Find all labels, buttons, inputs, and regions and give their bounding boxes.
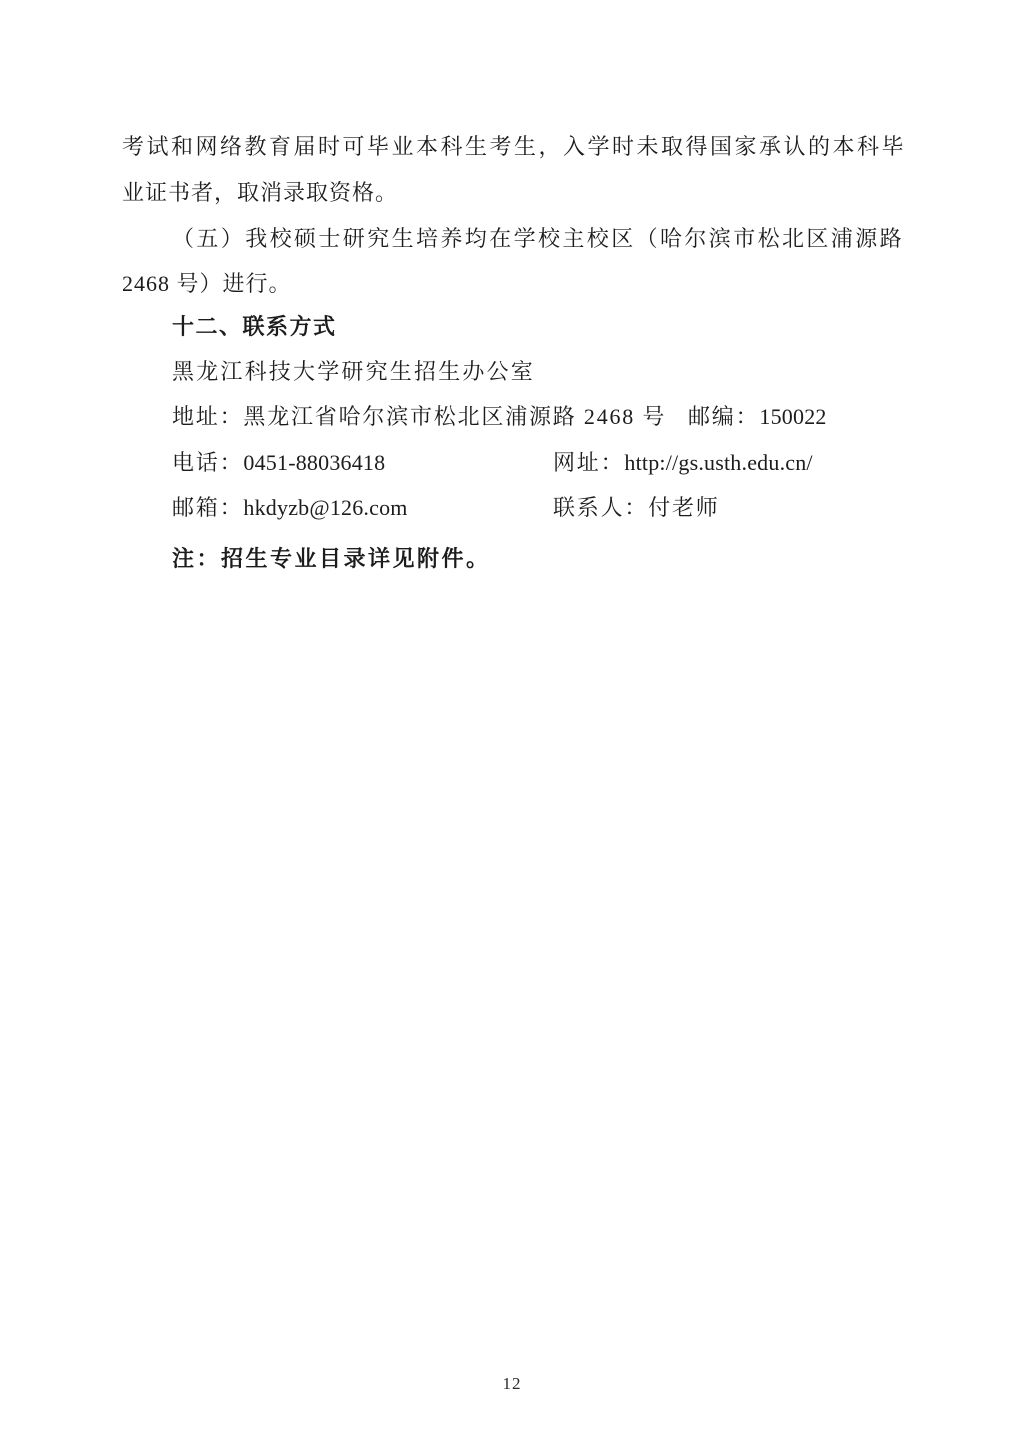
email-label: 邮箱： bbox=[172, 495, 243, 520]
document-page: 考试和网络教育届时可毕业本科生考生，入学时未取得国家承认的本科毕 业证书者，取消… bbox=[0, 0, 1024, 1447]
postcode: 邮编：150022 bbox=[688, 402, 827, 432]
postcode-label: 邮编： bbox=[688, 404, 759, 429]
contact-person: 联系人：付老师 bbox=[553, 493, 720, 523]
section-heading: 十二、联系方式 bbox=[172, 312, 337, 342]
page-number: 12 bbox=[0, 1374, 1024, 1394]
address-label: 地址： bbox=[172, 404, 243, 429]
website: 网址：http://gs.usth.edu.cn/ bbox=[553, 448, 813, 478]
body-text-line: 考试和网络教育届时可毕业本科生考生，入学时未取得国家承认的本科毕 bbox=[122, 132, 906, 162]
body-text-line: （五）我校硕士研究生培养均在学校主校区（哈尔滨市松北区浦源路 bbox=[172, 224, 904, 254]
address-value: 黑龙江省哈尔滨市松北区浦源路 2468 号 bbox=[243, 404, 666, 429]
contact-person-label: 联系人： bbox=[553, 495, 648, 520]
contact-person-value: 付老师 bbox=[648, 495, 719, 520]
body-text-line: 业证书者，取消录取资格。 bbox=[122, 178, 398, 208]
website-value: http://gs.usth.edu.cn/ bbox=[624, 450, 812, 475]
phone-label: 电话： bbox=[172, 450, 243, 475]
email: 邮箱：hkdyzb@126.com bbox=[172, 493, 408, 523]
body-text-line: 2468 号）进行。 bbox=[122, 269, 292, 299]
note-line: 注：招生专业目录详见附件。 bbox=[172, 544, 491, 574]
office-name: 黑龙江科技大学研究生招生办公室 bbox=[172, 357, 535, 387]
phone: 电话：0451-88036418 bbox=[172, 448, 385, 478]
address-line: 地址：黑龙江省哈尔滨市松北区浦源路 2468 号 bbox=[172, 402, 666, 432]
phone-value: 0451-88036418 bbox=[243, 450, 385, 475]
website-label: 网址： bbox=[553, 450, 624, 475]
postcode-value: 150022 bbox=[759, 404, 826, 429]
email-value: hkdyzb@126.com bbox=[243, 495, 407, 520]
